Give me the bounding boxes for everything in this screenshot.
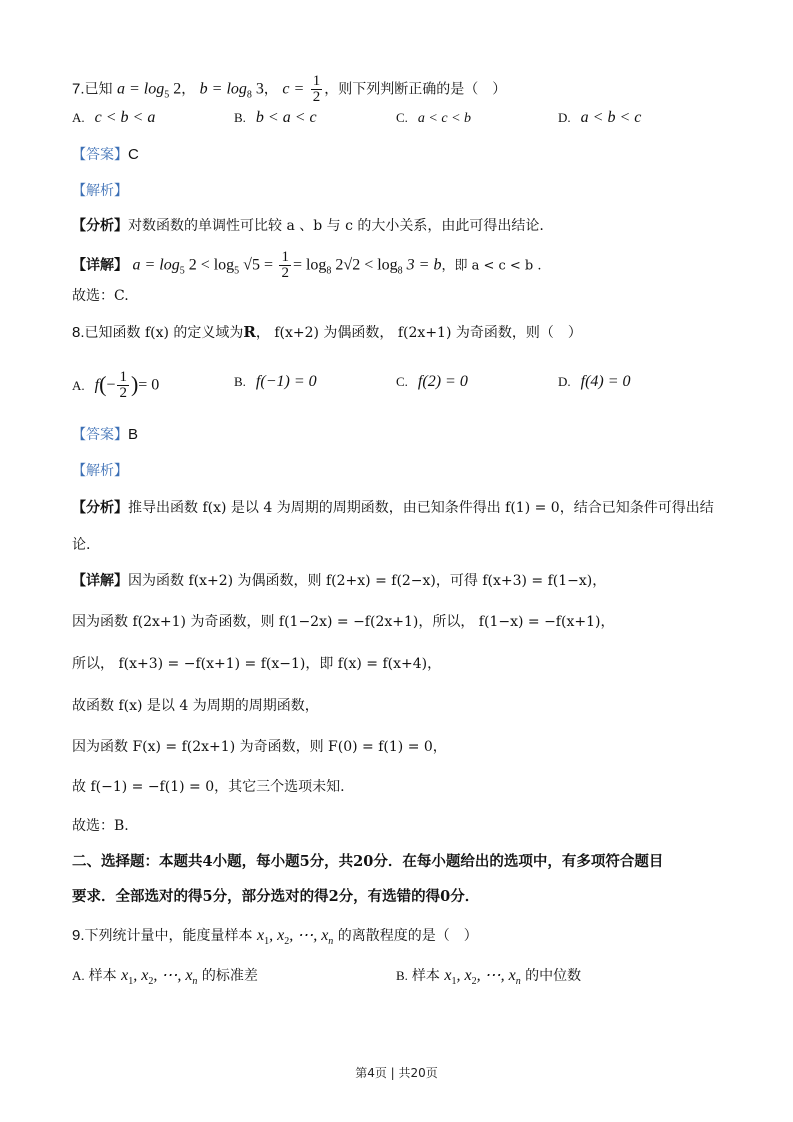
q7-conclusion: 故选：C. (72, 286, 129, 306)
q7-analysis-heading: 【解析】 (72, 181, 128, 201)
q8-xiangjie-line: 故 f(−1) = −f(1) = 0，其它三个选项未知. (72, 777, 345, 797)
q8-stem: 8.已知函数 f(x) 的定义域为R， f(x+2) 为偶函数， f(2x+1)… (72, 322, 582, 343)
q8-option-b: B.f(−1) = 0 (234, 372, 317, 392)
q7-option-b: B.b < a < c (234, 108, 317, 128)
q9-option-a: A.样本 x1, x2, ⋯, xn 的标准差 (72, 966, 258, 992)
fraction: 12 (311, 74, 323, 105)
q8-analysis-heading: 【解析】 (72, 461, 128, 481)
q8-xiangjie-line: 故函数 f(x) 是以 4 为周期的周期函数， (72, 696, 319, 716)
section-heading-cont: 要求．全部选对的得5分，部分选对的得2分，有选错的得0分． (72, 887, 479, 907)
q8-xiangjie-line: 因为函数 f(2x+1) 为奇函数，则 f(1−2x) = −f(2x+1)，所… (72, 612, 614, 632)
q7-xiangjie: 【详解】 a = log5 2 < log5 √5 = 12= log8 2√2… (72, 250, 542, 282)
q8-answer: 【答案】B (72, 425, 138, 445)
q7-option-d: D.a < b < c (558, 108, 641, 128)
q9-stem: 9.下列统计量中，能度量样本 x1, x2, ⋯, xn 的离散程度的是（ ） (72, 926, 478, 952)
q8-conclusion: 故选：B. (72, 816, 129, 836)
fraction: 12 (117, 370, 129, 401)
section-heading: 二、选择题：本题共4小题，每小题5分，共20分．在每小题给出的选项中，有多项符合… (72, 852, 663, 872)
q7-option-a: A.c < b < a (72, 108, 155, 128)
q8-option-c: C.f(2) = 0 (396, 372, 468, 392)
q8-fenxi: 【分析】推导出函数 f(x) 是以 4 为周期的周期函数，由已知条件得出 f(1… (72, 498, 714, 518)
q8-xiangjie-line: 因为函数 F(x) = f(2x+1) 为奇函数，则 F(0) = f(1) =… (72, 737, 447, 757)
q7-fenxi: 【分析】对数函数的单调性可比较 a 、b 与 c 的大小关系，由此可得出结论. (72, 216, 544, 236)
q8-option-a: A.f(−12)= 0 (72, 370, 159, 401)
fraction: 12 (279, 250, 291, 281)
q8-xiangjie-line: 所以， f(x+3) = −f(x+1) = f(x−1)，即 f(x) = f… (72, 654, 441, 674)
q7-stem: 7.已知 a = log5 2， b = log8 3， c = 12，则下列判… (72, 74, 506, 106)
q7-answer: 【答案】C (72, 145, 139, 165)
q8-fenxi-cont: 论. (72, 535, 90, 555)
answer-label: 【答案】 (72, 147, 128, 163)
q9-option-b: B.样本 x1, x2, ⋯, xn 的中位数 (396, 966, 581, 992)
page-footer: 第4页 | 共20页 (0, 1064, 793, 1081)
q7-option-c: C.a < c < b (396, 108, 471, 129)
answer-label: 【答案】 (72, 427, 128, 443)
q8-xiangjie: 【详解】因为函数 f(x+2) 为偶函数，则 f(2+x) = f(2−x)，可… (72, 571, 606, 591)
q8-option-d: D.f(4) = 0 (558, 372, 631, 392)
